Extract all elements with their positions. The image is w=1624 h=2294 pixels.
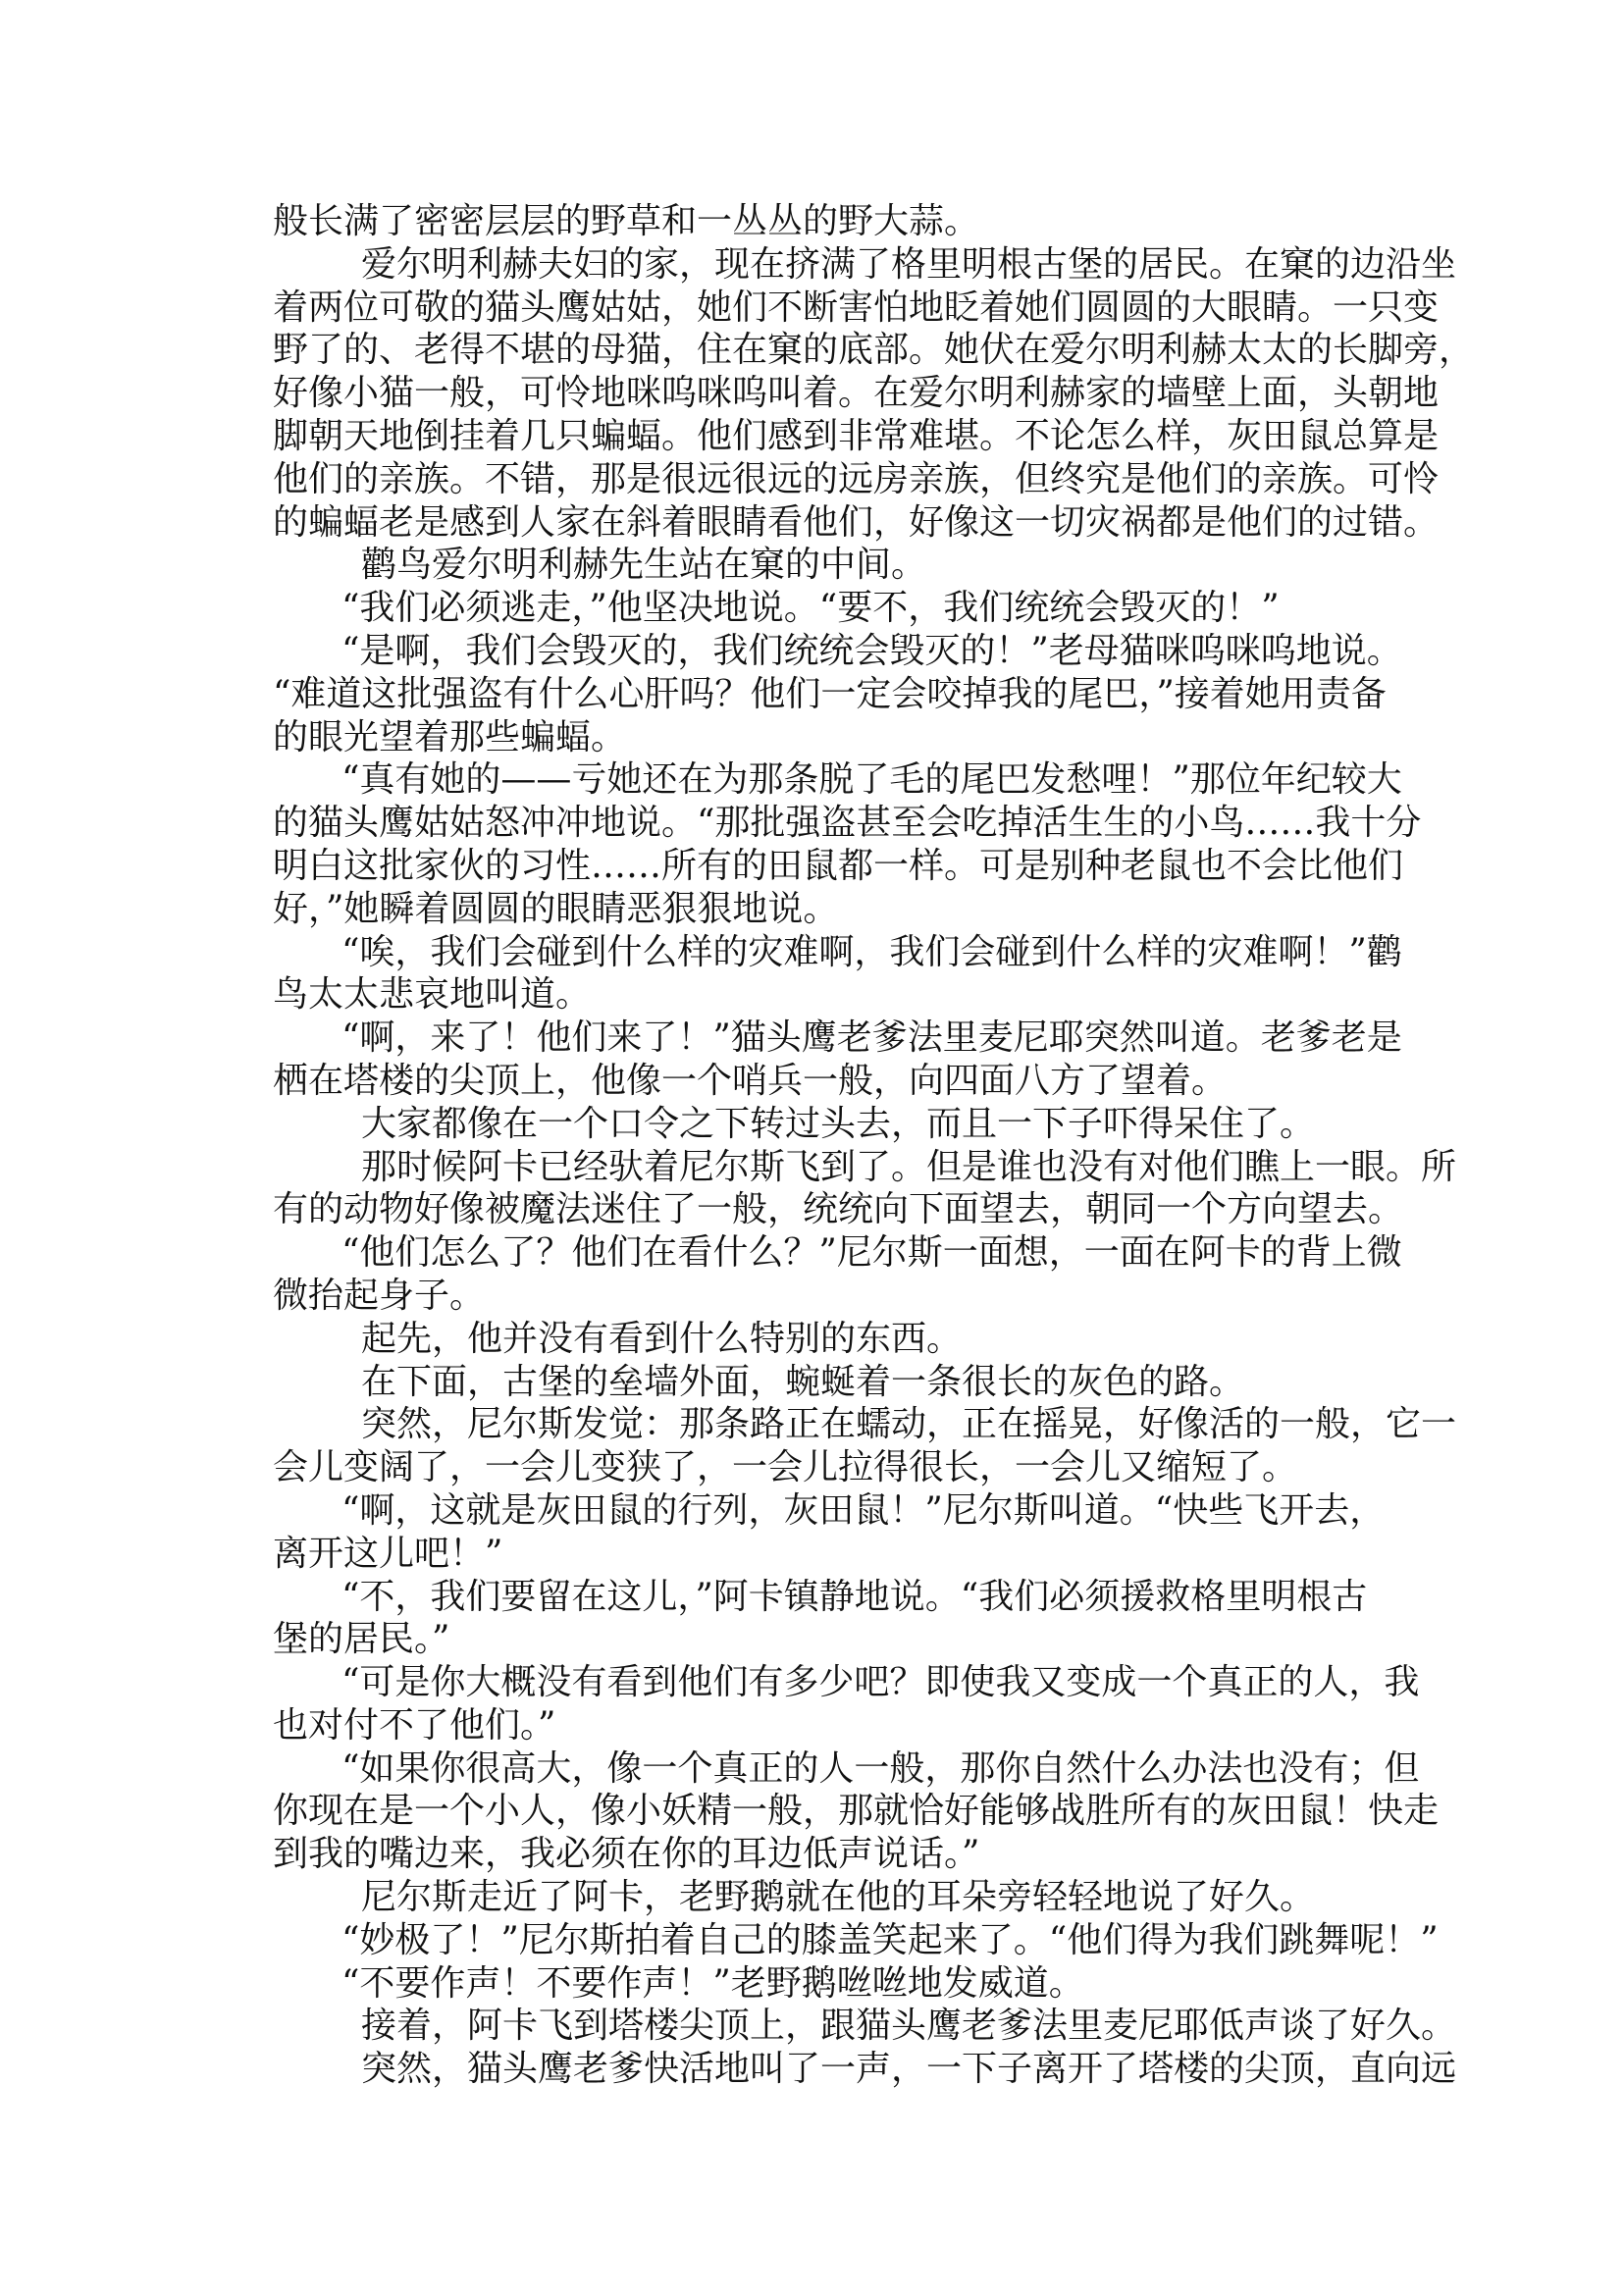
- body-text: 般长满了密密层层的野草和一丛丛的野大蒜。爱尔明利赫夫妇的家，现在挤满了格里明根古…: [273, 200, 1352, 2091]
- text-line: 突然，猫头鹰老爹快活地叫了一声，一下子离开了塔楼的尖顶，直向远: [273, 2048, 1352, 2091]
- text-line: 的眼光望着那些蝙蝠。: [273, 716, 1352, 759]
- text-line: 尼尔斯走近了阿卡，老野鹅就在他的耳朵旁轻轻地说了好久。: [273, 1876, 1352, 1919]
- text-line: 突然，尼尔斯发觉：那条路正在蠕动，正在摇晃，好像活的一般，它一: [273, 1403, 1352, 1446]
- text-line: 也对付不了他们。”: [273, 1704, 1352, 1747]
- text-line: 微抬起身子。: [273, 1275, 1352, 1318]
- text-line: 栖在塔楼的尖顶上，他像一个哨兵一般，向四面八方了望着。: [273, 1060, 1352, 1103]
- text-line: 爱尔明利赫夫妇的家，现在挤满了格里明根古堡的居民。在窠的边沿坐: [273, 243, 1352, 287]
- text-line: “我们必须逃走，”他坚决地说。“要不，我们统统会毁灭的！”: [273, 587, 1352, 630]
- text-line: “唉，我们会碰到什么样的灾难啊，我们会碰到什么样的灾难啊！”鹳: [273, 931, 1352, 974]
- text-line: 般长满了密密层层的野草和一丛丛的野大蒜。: [273, 200, 1352, 243]
- text-line: 起先，他并没有看到什么特别的东西。: [273, 1318, 1352, 1361]
- text-line: 脚朝天地倒挂着几只蝙蝠。他们感到非常难堪。不论怎么样，灰田鼠总算是: [273, 415, 1352, 458]
- text-line: “可是你大概没有看到他们有多少吧？即使我又变成一个真正的人，我: [273, 1661, 1352, 1704]
- text-line: 那时候阿卡已经驮着尼尔斯飞到了。但是谁也没有对他们瞧上一眼。所: [273, 1146, 1352, 1189]
- text-line: 野了的、老得不堪的母猫，住在窠的底部。她伏在爱尔明利赫太太的长脚旁，: [273, 329, 1352, 372]
- text-line: “如果你很高大，像一个真正的人一般，那你自然什么办法也没有；但: [273, 1747, 1352, 1791]
- text-line: 有的动物好像被魔法迷住了一般，统统向下面望去，朝同一个方向望去。: [273, 1188, 1352, 1231]
- text-line: “难道这批强盗有什么心肝吗？他们一定会咬掉我的尾巴，”接着她用责备: [273, 673, 1352, 716]
- text-line: “啊，这就是灰田鼠的行列，灰田鼠！”尼尔斯叫道。“快些飞开去，: [273, 1489, 1352, 1533]
- text-line: “妙极了！”尼尔斯拍着自己的膝盖笑起来了。“他们得为我们跳舞呢！”: [273, 1919, 1352, 1962]
- text-line: “他们怎么了？他们在看什么？”尼尔斯一面想，一面在阿卡的背上微: [273, 1231, 1352, 1275]
- text-line: 好，”她瞬着圆圆的眼睛恶狠狠地说。: [273, 888, 1352, 931]
- text-line: “不，我们要留在这儿，”阿卡镇静地说。“我们必须援救格里明根古: [273, 1576, 1352, 1619]
- text-line: 堡的居民。”: [273, 1618, 1352, 1661]
- text-line: 的猫头鹰姑姑怒冲冲地说。“那批强盗甚至会吃掉活生生的小鸟……我十分: [273, 802, 1352, 845]
- text-line: 的蝙蝠老是感到人家在斜着眼睛看他们，好像这一切灾祸都是他们的过错。: [273, 501, 1352, 545]
- text-line: “啊，来了！他们来了！”猫头鹰老爹法里麦尼耶突然叫道。老爹老是: [273, 1017, 1352, 1060]
- text-line: 你现在是一个小人，像小妖精一般，那就恰好能够战胜所有的灰田鼠！快走: [273, 1790, 1352, 1833]
- text-line: 鸟太太悲哀地叫道。: [273, 973, 1352, 1017]
- text-line: 明白这批家伙的习性……所有的田鼠都一样。可是别种老鼠也不会比他们: [273, 845, 1352, 888]
- text-line: “是啊，我们会毁灭的，我们统统会毁灭的！”老母猫咪呜咪呜地说。: [273, 630, 1352, 673]
- text-line: 会儿变阔了，一会儿变狭了，一会儿拉得很长，一会儿又缩短了。: [273, 1446, 1352, 1489]
- text-line: “不要作声！不要作声！”老野鹅咝咝地发威道。: [273, 1962, 1352, 2006]
- text-line: 好像小猫一般，可怜地咪呜咪呜叫着。在爱尔明利赫家的墙壁上面，头朝地: [273, 372, 1352, 415]
- text-line: 在下面，古堡的垒墙外面，蜿蜒着一条很长的灰色的路。: [273, 1361, 1352, 1404]
- document-page: 般长满了密密层层的野草和一丛丛的野大蒜。爱尔明利赫夫妇的家，现在挤满了格里明根古…: [0, 0, 1624, 2294]
- text-line: 大家都像在一个口令之下转过头去，而且一下子吓得呆住了。: [273, 1103, 1352, 1146]
- text-line: 接着，阿卡飞到塔楼尖顶上，跟猫头鹰老爹法里麦尼耶低声谈了好久。: [273, 2005, 1352, 2048]
- text-line: 离开这儿吧！”: [273, 1533, 1352, 1576]
- text-line: 他们的亲族。不错，那是很远很远的远房亲族，但终究是他们的亲族。可怜: [273, 458, 1352, 501]
- text-line: 鹳鸟爱尔明利赫先生站在窠的中间。: [273, 544, 1352, 587]
- text-line: 着两位可敬的猫头鹰姑姑，她们不断害怕地眨着她们圆圆的大眼睛。一只变: [273, 287, 1352, 330]
- text-line: 到我的嘴边来，我必须在你的耳边低声说话。”: [273, 1833, 1352, 1876]
- text-line: “真有她的——亏她还在为那条脱了毛的尾巴发愁哩！”那位年纪较大: [273, 758, 1352, 802]
